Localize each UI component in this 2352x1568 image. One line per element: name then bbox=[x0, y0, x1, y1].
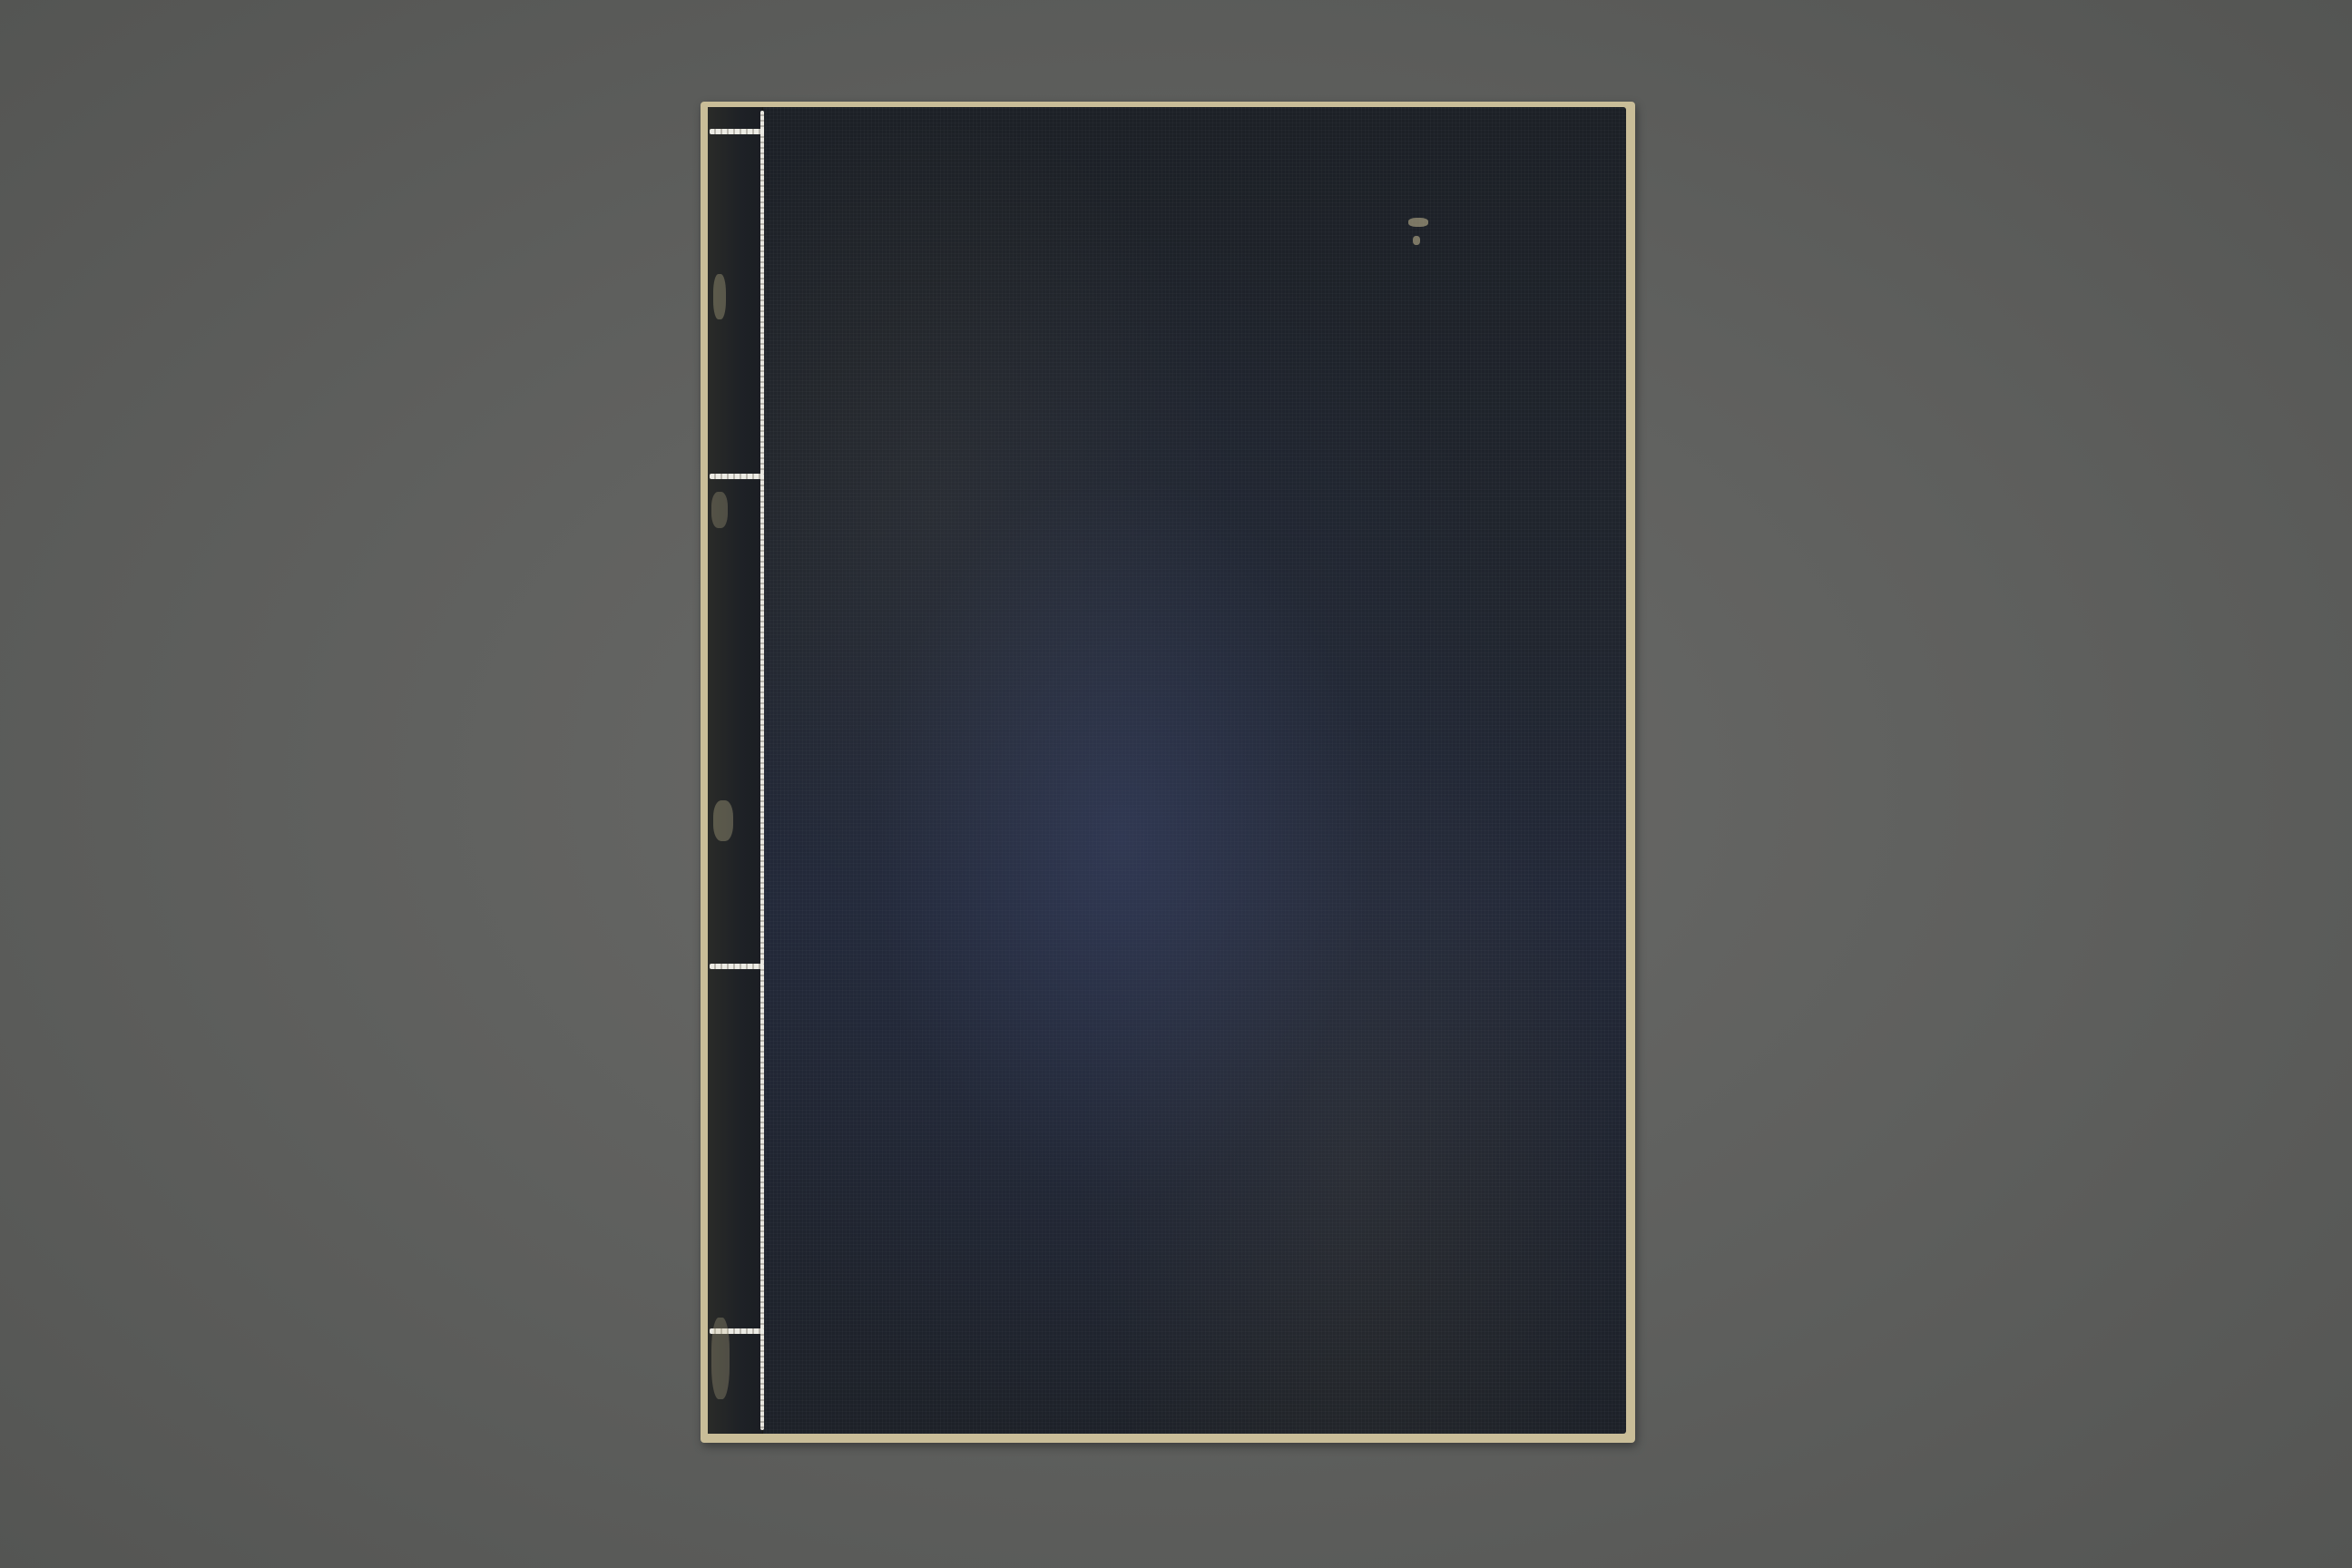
book bbox=[701, 102, 1635, 1443]
spine-wear-spot bbox=[713, 800, 733, 841]
binding-thread-vertical bbox=[760, 111, 764, 1430]
photo-scene bbox=[0, 0, 2352, 1568]
binding-stitch-3 bbox=[710, 964, 764, 969]
binding-stitch-1 bbox=[710, 129, 764, 134]
spine-wear-spot bbox=[713, 274, 726, 319]
cover-wear-spot bbox=[1413, 236, 1420, 245]
binding-stitch-2 bbox=[710, 474, 764, 479]
cover-wear-spot bbox=[1408, 218, 1428, 227]
spine-wear-spot bbox=[711, 492, 728, 528]
spine-wear-spot bbox=[711, 1318, 730, 1399]
book-cover bbox=[708, 107, 1626, 1434]
